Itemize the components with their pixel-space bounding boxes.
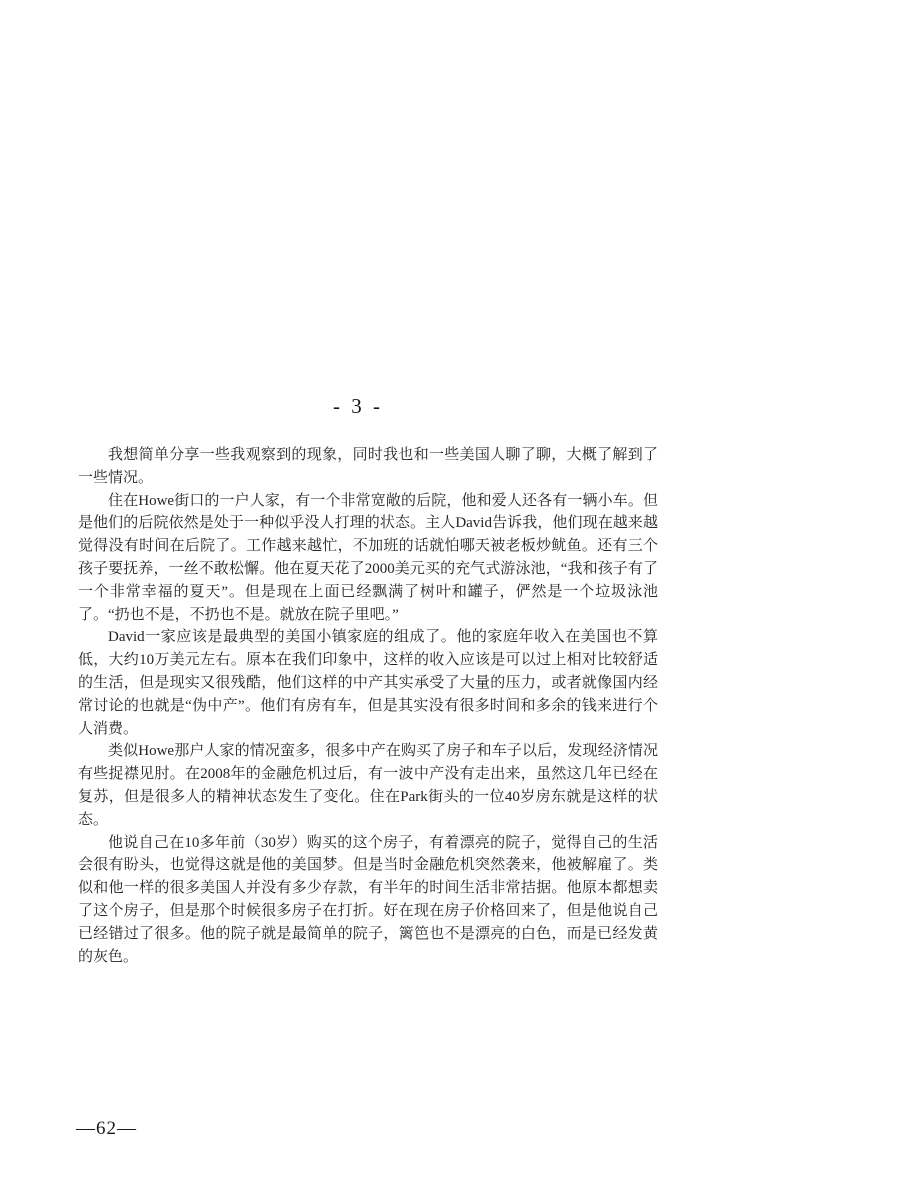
paragraph: 我想简单分享一些我观察到的现象，同时我也和一些美国人聊了聊，大概了解到了一些情况… — [78, 444, 658, 490]
book-page: - 3 - 我想简单分享一些我观察到的现象，同时我也和一些美国人聊了聊，大概了解… — [0, 0, 899, 1177]
paragraph: David一家应该是最典型的美国小镇家庭的组成了。他的家庭年收入在美国也不算低，… — [78, 626, 658, 740]
paragraph: 他说自己在10多年前（30岁）购买的这个房子，有着漂亮的院子，觉得自己的生活会很… — [78, 832, 658, 969]
body-text: 我想简单分享一些我观察到的现象，同时我也和一些美国人聊了聊，大概了解到了一些情况… — [78, 444, 658, 968]
section-heading: - 3 - — [78, 394, 638, 419]
paragraph: 类似Howe那户人家的情况蛮多，很多中产在购买了房子和车子以后，发现经济情况有些… — [78, 740, 658, 831]
page-number: —62— — [76, 1118, 137, 1140]
paragraph: 住在Howe街口的一户人家，有一个非常宽敞的后院，他和爱人还各有一辆小车。但是他… — [78, 490, 658, 627]
